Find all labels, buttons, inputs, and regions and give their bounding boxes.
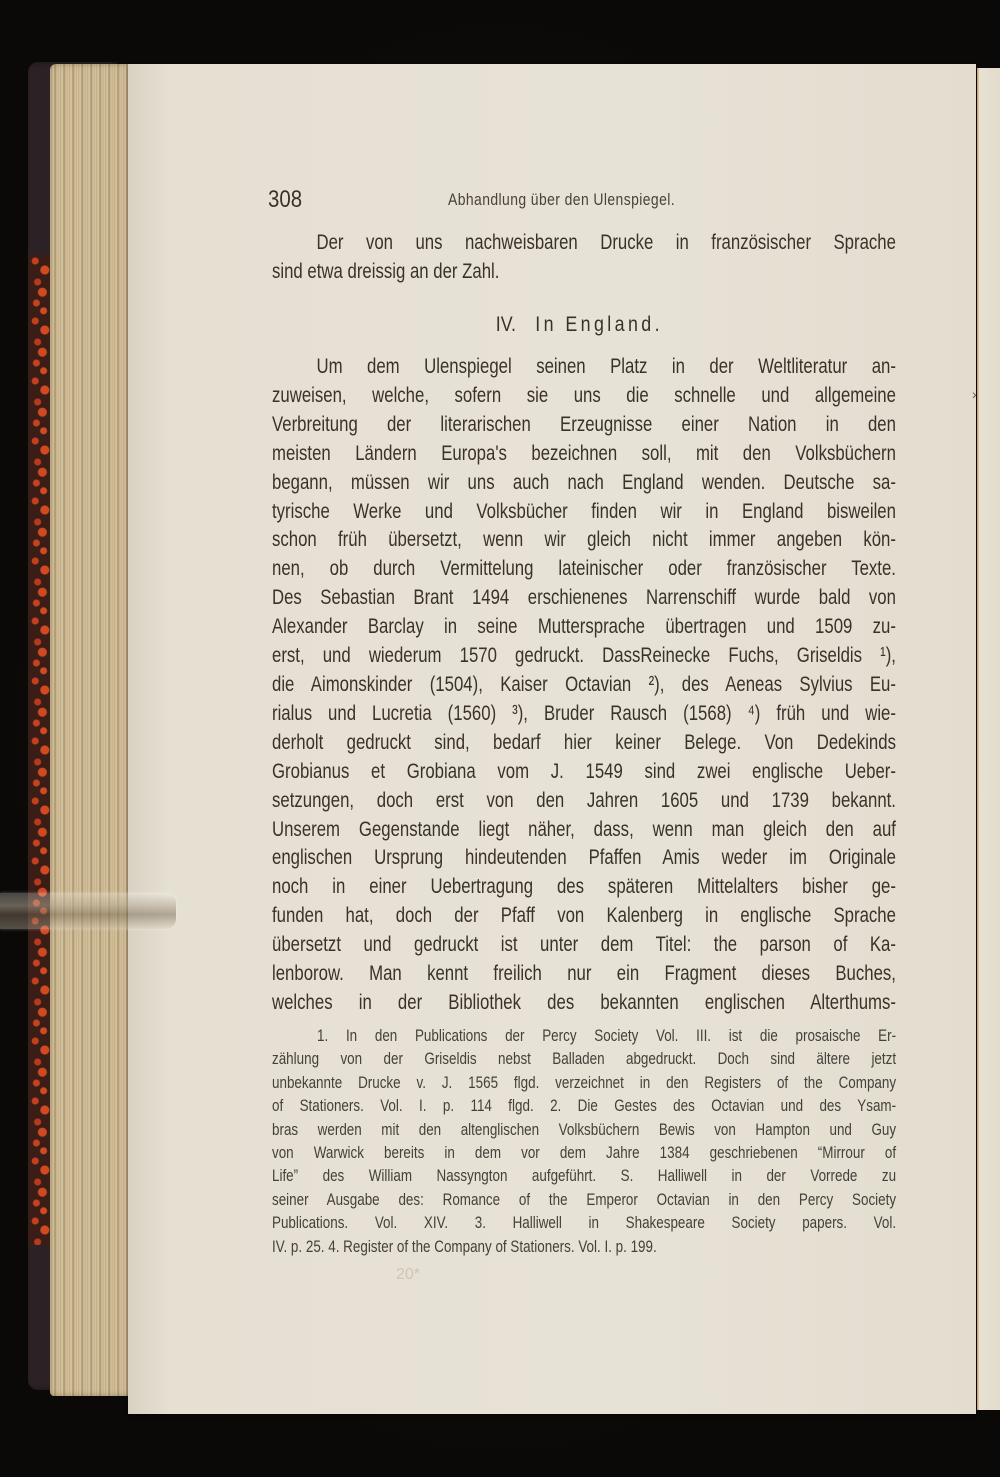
footnote-line: IV. p. 25. 4. Register of the Company of…: [272, 1235, 896, 1258]
glass-page-weight: [0, 893, 176, 929]
footnote-line: of Stationers. Vol. I. p. 114 flgd. 2. D…: [272, 1094, 896, 1117]
intro-paragraph: Der von uns nachweisbaren Drucke in fran…: [272, 228, 896, 286]
text-line: Verbreitung der literarischen Erzeugniss…: [272, 410, 896, 439]
text-line: tyrische Werke und Volksbücher finden wi…: [272, 497, 896, 526]
section-title: In England.: [535, 313, 663, 337]
text-line: lenborow. Man kennt freilich nur ein Fra…: [272, 959, 896, 988]
text-line: die Aimonskinder (1504), Kaiser Octavian…: [272, 670, 896, 699]
footnote-line: seiner Ausgabe des: Romance of the Emper…: [272, 1188, 896, 1211]
text-line: Des Sebastian Brant 1494 erschienenes Na…: [272, 583, 896, 612]
text-line: sind etwa dreissig an der Zahl.: [272, 257, 896, 286]
text-line: zuweisen, welche, sofern sie uns die sch…: [272, 381, 896, 410]
page-number: 308: [268, 186, 302, 214]
running-head: 308 Abhandlung über den Ulenspiegel.: [268, 186, 928, 216]
page-stack-edges: [50, 64, 132, 1396]
footnotes: 1. In den Publications der Percy Society…: [272, 1024, 896, 1258]
text-line: setzungen, doch erst von den Jahren 1605…: [272, 786, 896, 815]
footnote-line: von Warwick bereits in dem vor dem Jahre…: [272, 1141, 896, 1164]
footnote-line: 1. In den Publications der Percy Society…: [272, 1024, 896, 1047]
text-line: schon früh übersetzt, wenn wir gleich ni…: [272, 525, 896, 554]
page-edge-mark: ›: [972, 386, 977, 402]
footnote-line: Life” des William Nassyngton aufgeführt.…: [272, 1164, 896, 1187]
text-line: Der von uns nachweisbaren Drucke in fran…: [272, 228, 896, 257]
text-line: nen, ob durch Vermittelung lateinischer …: [272, 554, 896, 583]
running-head-title: Abhandlung über den Ulenspiegel.: [448, 190, 675, 210]
text-line: rialus und Lucretia (1560) ³), Bruder Ra…: [272, 699, 896, 728]
footnote-line: bras werden mit den altenglischen Volksb…: [272, 1118, 896, 1141]
text-line: übersetzt und gedruckt ist unter dem Tit…: [272, 930, 896, 959]
section-heading: IV. In England.: [272, 313, 896, 337]
main-paragraph: Um dem Ulenspiegel seinen Platz in der W…: [272, 352, 896, 1017]
text-line: erst, und wiederum 1570 gedruckt. DassRe…: [272, 641, 896, 670]
text-line: noch in einer Uebertragung des späteren …: [272, 872, 896, 901]
text-line: begann, müssen wir uns auch nach England…: [272, 468, 896, 497]
text-line: derholt gedruckt sind, bedarf hier keine…: [272, 728, 896, 757]
text-line: Unserem Gegenstande liegt näher, dass, w…: [272, 815, 896, 844]
footnote-line: unbekannte Drucke v. J. 1565 flgd. verze…: [272, 1071, 896, 1094]
adjacent-page-edge: [977, 68, 1000, 1410]
footnote-line: zählung von der Griseldis nebst Balladen…: [272, 1047, 896, 1070]
text-line: meisten Ländern Europa's bezeichnen soll…: [272, 439, 896, 468]
marbled-edge: [28, 255, 52, 1245]
text-line: Um dem Ulenspiegel seinen Platz in der W…: [272, 352, 896, 381]
text-line: Grobianus et Grobiana vom J. 1549 sind z…: [272, 757, 896, 786]
text-line: funden hat, doch der Pfaff von Kalenberg…: [272, 901, 896, 930]
text-line: Alexander Barclay in seine Muttersprache…: [272, 612, 896, 641]
footnote-line: Publications. Vol. XIV. 3. Halliwell in …: [272, 1211, 896, 1234]
text-line: welches in der Bibliothek des bekannten …: [272, 988, 896, 1017]
signature-mark: 20*: [396, 1266, 420, 1284]
section-numeral: IV.: [496, 313, 516, 337]
text-line: englischen Ursprung hindeutenden Pfaffen…: [272, 843, 896, 872]
